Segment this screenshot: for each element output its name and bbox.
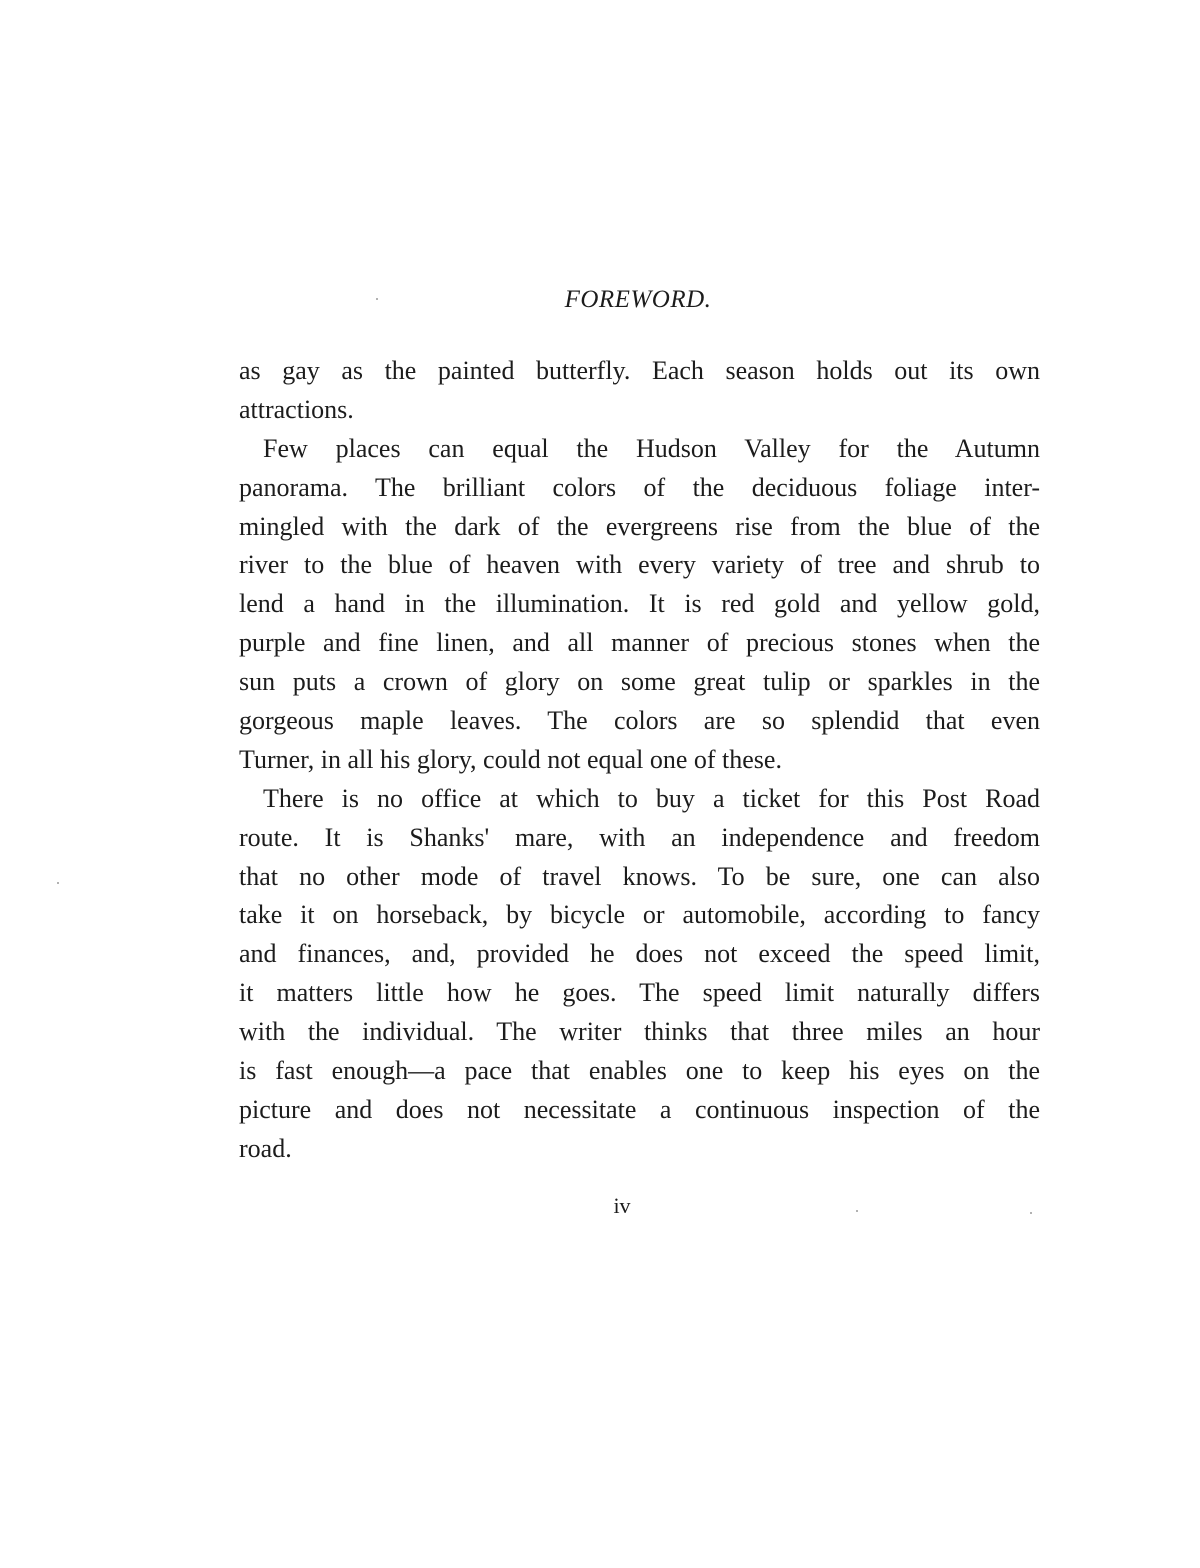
body-text: as gay as the painted butterfly. Each se… — [239, 352, 1040, 1169]
text-line: sun puts a crown of glory on some great … — [239, 663, 1040, 702]
running-head-title: FOREWORD. — [0, 286, 1200, 314]
text-line: route. It is Shanks' mare, with an indep… — [239, 819, 1040, 858]
text-line: river to the blue of heaven with every v… — [239, 546, 1040, 585]
book-page: FOREWORD. as gay as the painted butterfl… — [0, 0, 1200, 1568]
scan-speck — [1030, 1212, 1032, 1214]
text-line: and finances, and, provided he does not … — [239, 935, 1040, 974]
text-line: Turner, in all his glory, could not equa… — [239, 741, 1040, 780]
text-line: road. — [239, 1130, 1040, 1169]
page-number: iv — [0, 1193, 1200, 1219]
text-line: that no other mode of travel knows. To b… — [239, 858, 1040, 897]
text-line: is fast enough—a pace that enables one t… — [239, 1052, 1040, 1091]
text-line: take it on horseback, by bicycle or auto… — [239, 896, 1040, 935]
text-line: Few places can equal the Hudson Valley f… — [239, 430, 1040, 469]
text-line: panorama. The brilliant colors of the de… — [239, 469, 1040, 508]
text-line: as gay as the painted butterfly. Each se… — [239, 352, 1040, 391]
text-line: mingled with the dark of the evergreens … — [239, 508, 1040, 547]
scan-speck — [856, 1210, 858, 1212]
scan-speck — [376, 298, 378, 300]
text-line: attractions. — [239, 391, 1040, 430]
scan-speck — [57, 882, 59, 884]
text-line: gorgeous maple leaves. The colors are so… — [239, 702, 1040, 741]
text-line: There is no office at which to buy a tic… — [239, 780, 1040, 819]
text-line: with the individual. The writer thinks t… — [239, 1013, 1040, 1052]
text-line: lend a hand in the illumination. It is r… — [239, 585, 1040, 624]
text-line: purple and fine linen, and all manner of… — [239, 624, 1040, 663]
text-line: it matters little how he goes. The speed… — [239, 974, 1040, 1013]
text-line: picture and does not necessitate a conti… — [239, 1091, 1040, 1130]
